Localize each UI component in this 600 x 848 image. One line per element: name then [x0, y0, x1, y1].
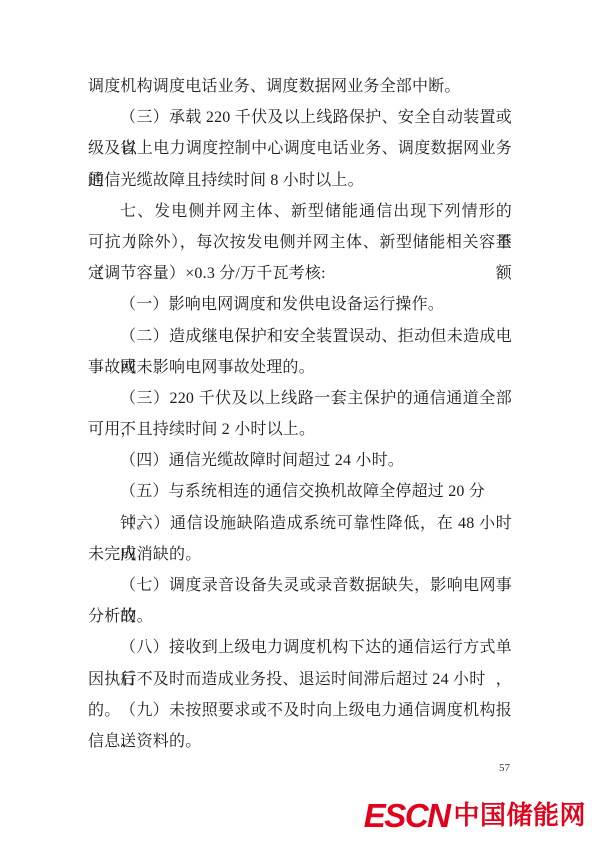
text-line: 未完成消缺的。 [88, 539, 512, 570]
text-line: 七、发电侧并网主体、新型储能通信出现下列情形的（不 [88, 196, 512, 227]
text-line: 因执行不及时而造成业务投、退运时间滞后超过 24 小时的。 [88, 664, 512, 695]
text-line: （三）承载 220 千伏及以上线路保护、安全自动装置或省 [88, 102, 512, 133]
escn-logo: ESCN 中国储能网 [364, 799, 586, 832]
text-line: （三）220 千伏及以上线路一套主保护的通信通道全部不 [88, 383, 512, 414]
text-line: 事故或未影响电网事故处理的。 [88, 352, 512, 383]
text-line: （九）未按照要求或不及时向上级电力通信调度机构报送 [88, 695, 512, 726]
text-line: （一）影响电网调度和发供电设备运行操作。 [88, 289, 512, 320]
page-number: 57 [499, 762, 510, 774]
text-line: 可抗力除外），每次按发电侧并网主体、新型储能相关容量（额 [88, 227, 512, 258]
text-line: （六）通信设施缺陷造成系统可靠性降低，在 48 小时内 [88, 508, 512, 539]
text-line: （八）接收到上级电力调度机构下达的通信运行方式单后， [88, 632, 512, 663]
text-line: 信息、资料的。 [88, 726, 512, 757]
text-line: 调度机构调度电话业务、调度数据网业务全部中断。 [88, 71, 512, 102]
text-line: 通信光缆故障且持续时间 8 小时以上。 [88, 165, 512, 196]
escn-logo-latin: ESCN [364, 799, 450, 832]
text-line: （七）调度录音设备失灵或录音数据缺失，影响电网事故 [88, 570, 512, 601]
text-line: （二）造成继电保护和安全装置误动、拒动但未造成电网 [88, 321, 512, 352]
escn-logo-chinese: 中国储能网 [453, 803, 586, 829]
text-line: （五）与系统相连的通信交换机故障全停超过 20 分钟。 [88, 476, 512, 507]
text-line: 可用，且持续时间 2 小时以上。 [88, 414, 512, 445]
document-page: 调度机构调度电话业务、调度数据网业务全部中断。（三）承载 220 千伏及以上线路… [0, 0, 600, 848]
text-block: 调度机构调度电话业务、调度数据网业务全部中断。（三）承载 220 千伏及以上线路… [88, 71, 512, 757]
text-line: （四）通信光缆故障时间超过 24 小时。 [88, 445, 512, 476]
text-line: 分析的。 [88, 601, 512, 632]
text-line: 级及以上电力调度控制中心调度电话业务、调度数据网业务的 [88, 133, 512, 164]
